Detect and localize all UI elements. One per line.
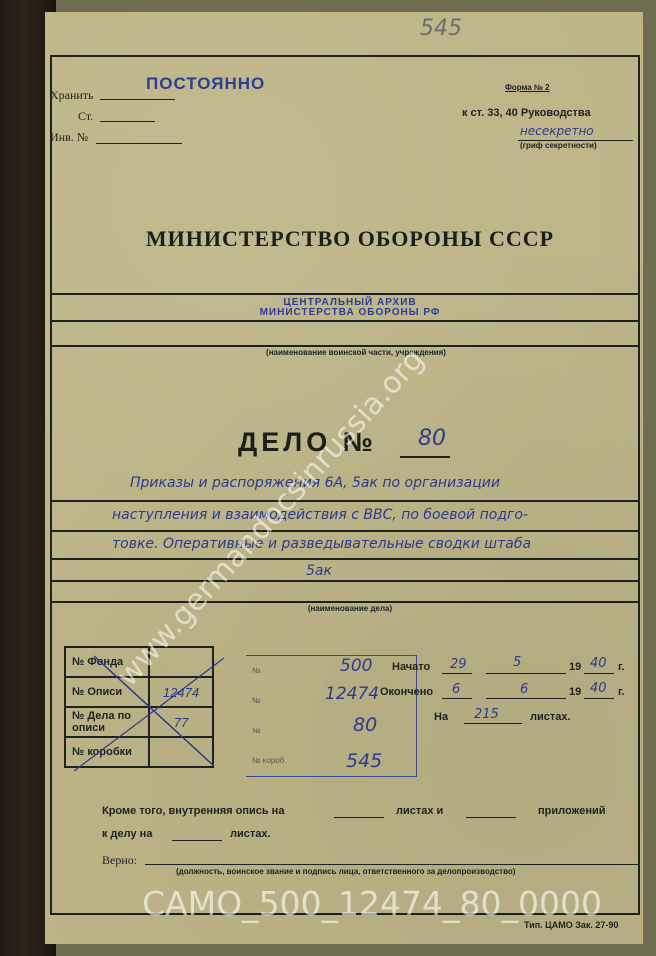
inventory-text-3: приложений xyxy=(538,805,605,817)
finished-year-suffix: 40 xyxy=(590,681,607,696)
finished-year-label: г. xyxy=(618,686,625,698)
started-year-prefix: 19 xyxy=(569,661,581,673)
stamp-opis-value: 12474 xyxy=(325,684,379,704)
case-description-line-3: товке. Оперативные и разведывательные св… xyxy=(112,536,531,552)
case-number: 80 xyxy=(418,426,446,451)
verified-label: Верно: xyxy=(102,853,137,868)
ministry-title: МИНИСТЕРСТВО ОБОРОНЫ СССР xyxy=(0,226,656,252)
finished-day: 6 xyxy=(452,682,460,697)
file-id-watermark: CAMO_500_12474_80_0000 xyxy=(142,884,602,923)
inventory-text-1: Кроме того, внутренняя опись на xyxy=(102,805,284,817)
inventory-text-4: к делу на xyxy=(102,828,152,840)
finished-year-prefix: 19 xyxy=(569,686,581,698)
stamp-fond-value: 500 xyxy=(340,656,372,676)
inventory-text-5: листах. xyxy=(230,828,271,840)
regulation-ref: к ст. 33, 40 Руководства xyxy=(462,107,591,119)
form-label: Форма № 2 xyxy=(505,83,550,92)
finished-label: Окончено xyxy=(380,686,433,698)
case-description-line-4: 5ак xyxy=(306,563,332,579)
started-label: Начато xyxy=(392,661,430,673)
inventory-text-2: листах и xyxy=(396,805,443,817)
sheets-count: 215 xyxy=(474,707,499,722)
case-caption: (наименование дела) xyxy=(0,604,656,613)
inv-label: Инв. № xyxy=(50,130,88,145)
stamp-row-label-2: № xyxy=(252,696,261,705)
keep-value-stamp: ПОСТОЯННО xyxy=(146,74,265,94)
institution-caption: (наименование воинской части, учреждения… xyxy=(0,348,656,357)
archive-stamp-box: № № № № короб. xyxy=(246,655,417,777)
case-description-line-2: наступления и взаимодействия с ВВС, по б… xyxy=(112,507,528,523)
started-month: 5 xyxy=(513,655,521,670)
stamp-delo-value: 80 xyxy=(353,714,377,736)
secrecy-caption: (гриф секретности) xyxy=(520,141,597,150)
sheets-label: листах. xyxy=(530,711,571,723)
started-day: 29 xyxy=(450,657,467,672)
archive-stamp-line2: МИНИСТЕРСТВА ОБОРОНЫ РФ xyxy=(0,307,656,318)
finished-month: 6 xyxy=(520,682,528,697)
stamp-row-label-1: № xyxy=(252,666,261,675)
stamp-row-label-4: № короб. xyxy=(252,756,287,765)
page-number-handwritten: 545 xyxy=(420,16,462,41)
stamp-row-label-3: № xyxy=(252,726,261,735)
form-frame-left xyxy=(50,55,52,915)
keep-label: Хранить xyxy=(50,88,94,103)
stamp-box-value: 545 xyxy=(346,750,382,772)
started-year-suffix: 40 xyxy=(590,656,607,671)
verified-caption: (должность, воинское звание и подпись ли… xyxy=(176,867,515,876)
started-year-label: г. xyxy=(618,661,625,673)
st-label: Ст. xyxy=(78,109,93,124)
sheets-prefix: На xyxy=(434,711,448,723)
secrecy-value: несекретно xyxy=(520,124,594,138)
